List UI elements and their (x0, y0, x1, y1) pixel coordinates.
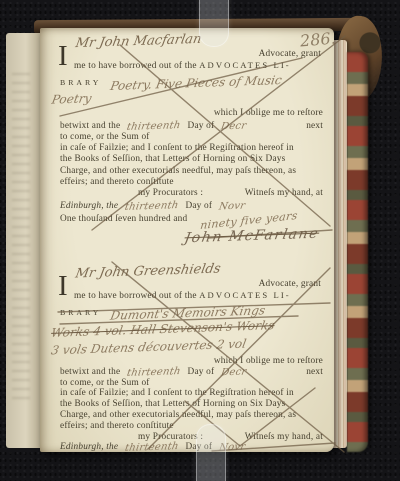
printed-oblige-line: which I oblige me to reſtore (60, 356, 323, 367)
advocates-library-caps: ADVOCATES LI- (199, 60, 291, 70)
printed-borrowed-line: me to have borrowed out of the ADVOCATES… (74, 290, 323, 302)
book-titles-handwritten-2: Poetry (51, 92, 93, 107)
printed-failzie-4: effeirs; and thereto conſtitute (60, 421, 323, 432)
return-month-handwritten: Decr (220, 120, 247, 132)
sign-month-handwritten: Novr (218, 200, 246, 212)
printed-oblige-line: which I oblige me to reſtore (60, 108, 323, 119)
printed-failzie-3: Charge, and other executorials needful, … (60, 410, 323, 421)
borrowed-text: me to have borrowed out of the (74, 61, 197, 71)
signature-line: John McFarlane (60, 227, 319, 242)
borrower-name-handwritten: Mr John Greenshields (74, 262, 222, 282)
entry-head: I Mr John Greenshields Advocate, grant (60, 267, 323, 290)
entry-head: I Mr John Macfarlan Advocate, grant (60, 37, 323, 60)
drop-cap-initial: I (58, 43, 68, 69)
printed-procurators: my Procurators : (138, 188, 203, 199)
printed-advocate-grant: Advocate, grant (259, 49, 321, 60)
return-date-line: betwixt and the thirteenth Day of Decr n… (60, 367, 323, 378)
printed-failzie-1: in caſe of Failzie; and I conſent to the… (60, 143, 323, 154)
printed-advocate-grant: Advocate, grant (259, 279, 321, 290)
drop-cap-initial: I (58, 273, 68, 299)
photo-of-library-borrowing-register: 286. I Mr John Macfarlan Advocate, grant… (0, 0, 400, 481)
book-titles-handwritten-3: 3 vols Dutens découvertes 2 vol (50, 337, 247, 358)
procurators-line: my Procurators : Witneſs my hand, at (60, 188, 323, 199)
return-date-line: betwixt and the thirteenth Day of Decr n… (60, 120, 323, 132)
printed-brary: BRARY (60, 308, 101, 317)
printed-day-of: Day of (188, 121, 215, 132)
printed-to-come: to come, or the Sum of (60, 132, 323, 143)
printed-betwixt: betwixt and the (60, 121, 120, 132)
printed-failzie-2: the Books of Seſſion, that Letters of Ho… (60, 154, 323, 165)
printed-failzie-2: the Books of Seſſion, that Letters of Ho… (60, 399, 323, 410)
brary-books-line: BRARY Dumont's Memoirs Kings (60, 302, 323, 320)
marbled-cover-edge (347, 52, 368, 452)
printed-day-of: Day of (188, 367, 215, 378)
page-holder-strap-bottom (196, 424, 226, 481)
facing-page-sliver (6, 33, 42, 448)
printed-witness: Witneſs my hand, at (245, 188, 323, 199)
return-day-handwritten: thirteenth (126, 367, 181, 380)
sign-day-handwritten: thirteenth (124, 200, 180, 213)
year-line: One thouſand ſeven hundred and ninety fi… (60, 212, 323, 225)
page-content: I Mr John Macfarlan Advocate, grant me t… (60, 37, 323, 452)
printed-day-of-2: Day of (185, 201, 212, 212)
printed-failzie-4: effeirs; and thereto conſtitute (60, 177, 323, 188)
advocates-library-caps: ADVOCATES LI- (199, 290, 291, 300)
brary-books-line: BRARY Poetry. Five Pieces of Music (60, 72, 323, 90)
printed-edinburgh: Edinburgh, the (60, 201, 118, 212)
sign-day-handwritten: thirteenth (124, 443, 179, 452)
printed-borrowed-line: me to have borrowed out of the ADVOCATES… (74, 60, 323, 72)
printed-failzie-3: Charge, and other executorials needful, … (60, 166, 323, 177)
borrow-entry-greenshields: I Mr John Greenshields Advocate, grant m… (60, 267, 323, 452)
printed-one-thousand: One thouſand ſeven hundred and (60, 214, 187, 225)
register-page: 286. I Mr John Macfarlan Advocate, grant… (40, 28, 334, 452)
printed-brary: BRARY (60, 78, 101, 87)
borrow-entry-macfarlan: I Mr John Macfarlan Advocate, grant me t… (60, 37, 323, 242)
printed-next: next (306, 121, 323, 132)
printed-witness: Witneſs my hand, at (245, 432, 323, 443)
signature-handwritten: John McFarlane (183, 226, 320, 247)
printed-betwixt: betwixt and the (60, 367, 120, 378)
page-holder-strap-top (199, 0, 229, 47)
borrowed-text: me to have borrowed out of the (74, 291, 197, 301)
borrower-name-handwritten: Mr John Macfarlan (74, 32, 202, 51)
printed-next: next (306, 367, 323, 378)
procurators-line: my Procurators : Witneſs my hand, at (60, 432, 323, 443)
return-day-handwritten: thirteenth (126, 120, 182, 133)
printed-failzie-1: in caſe of Failzie; and I conſent to the… (60, 388, 323, 399)
printed-edinburgh: Edinburgh, the (60, 442, 118, 452)
book-titles-handwritten: Poetry. Five Pieces of Music (110, 73, 284, 93)
return-month-handwritten: Decr (220, 367, 247, 379)
printed-to-come: to come, or the Sum of (60, 378, 323, 389)
